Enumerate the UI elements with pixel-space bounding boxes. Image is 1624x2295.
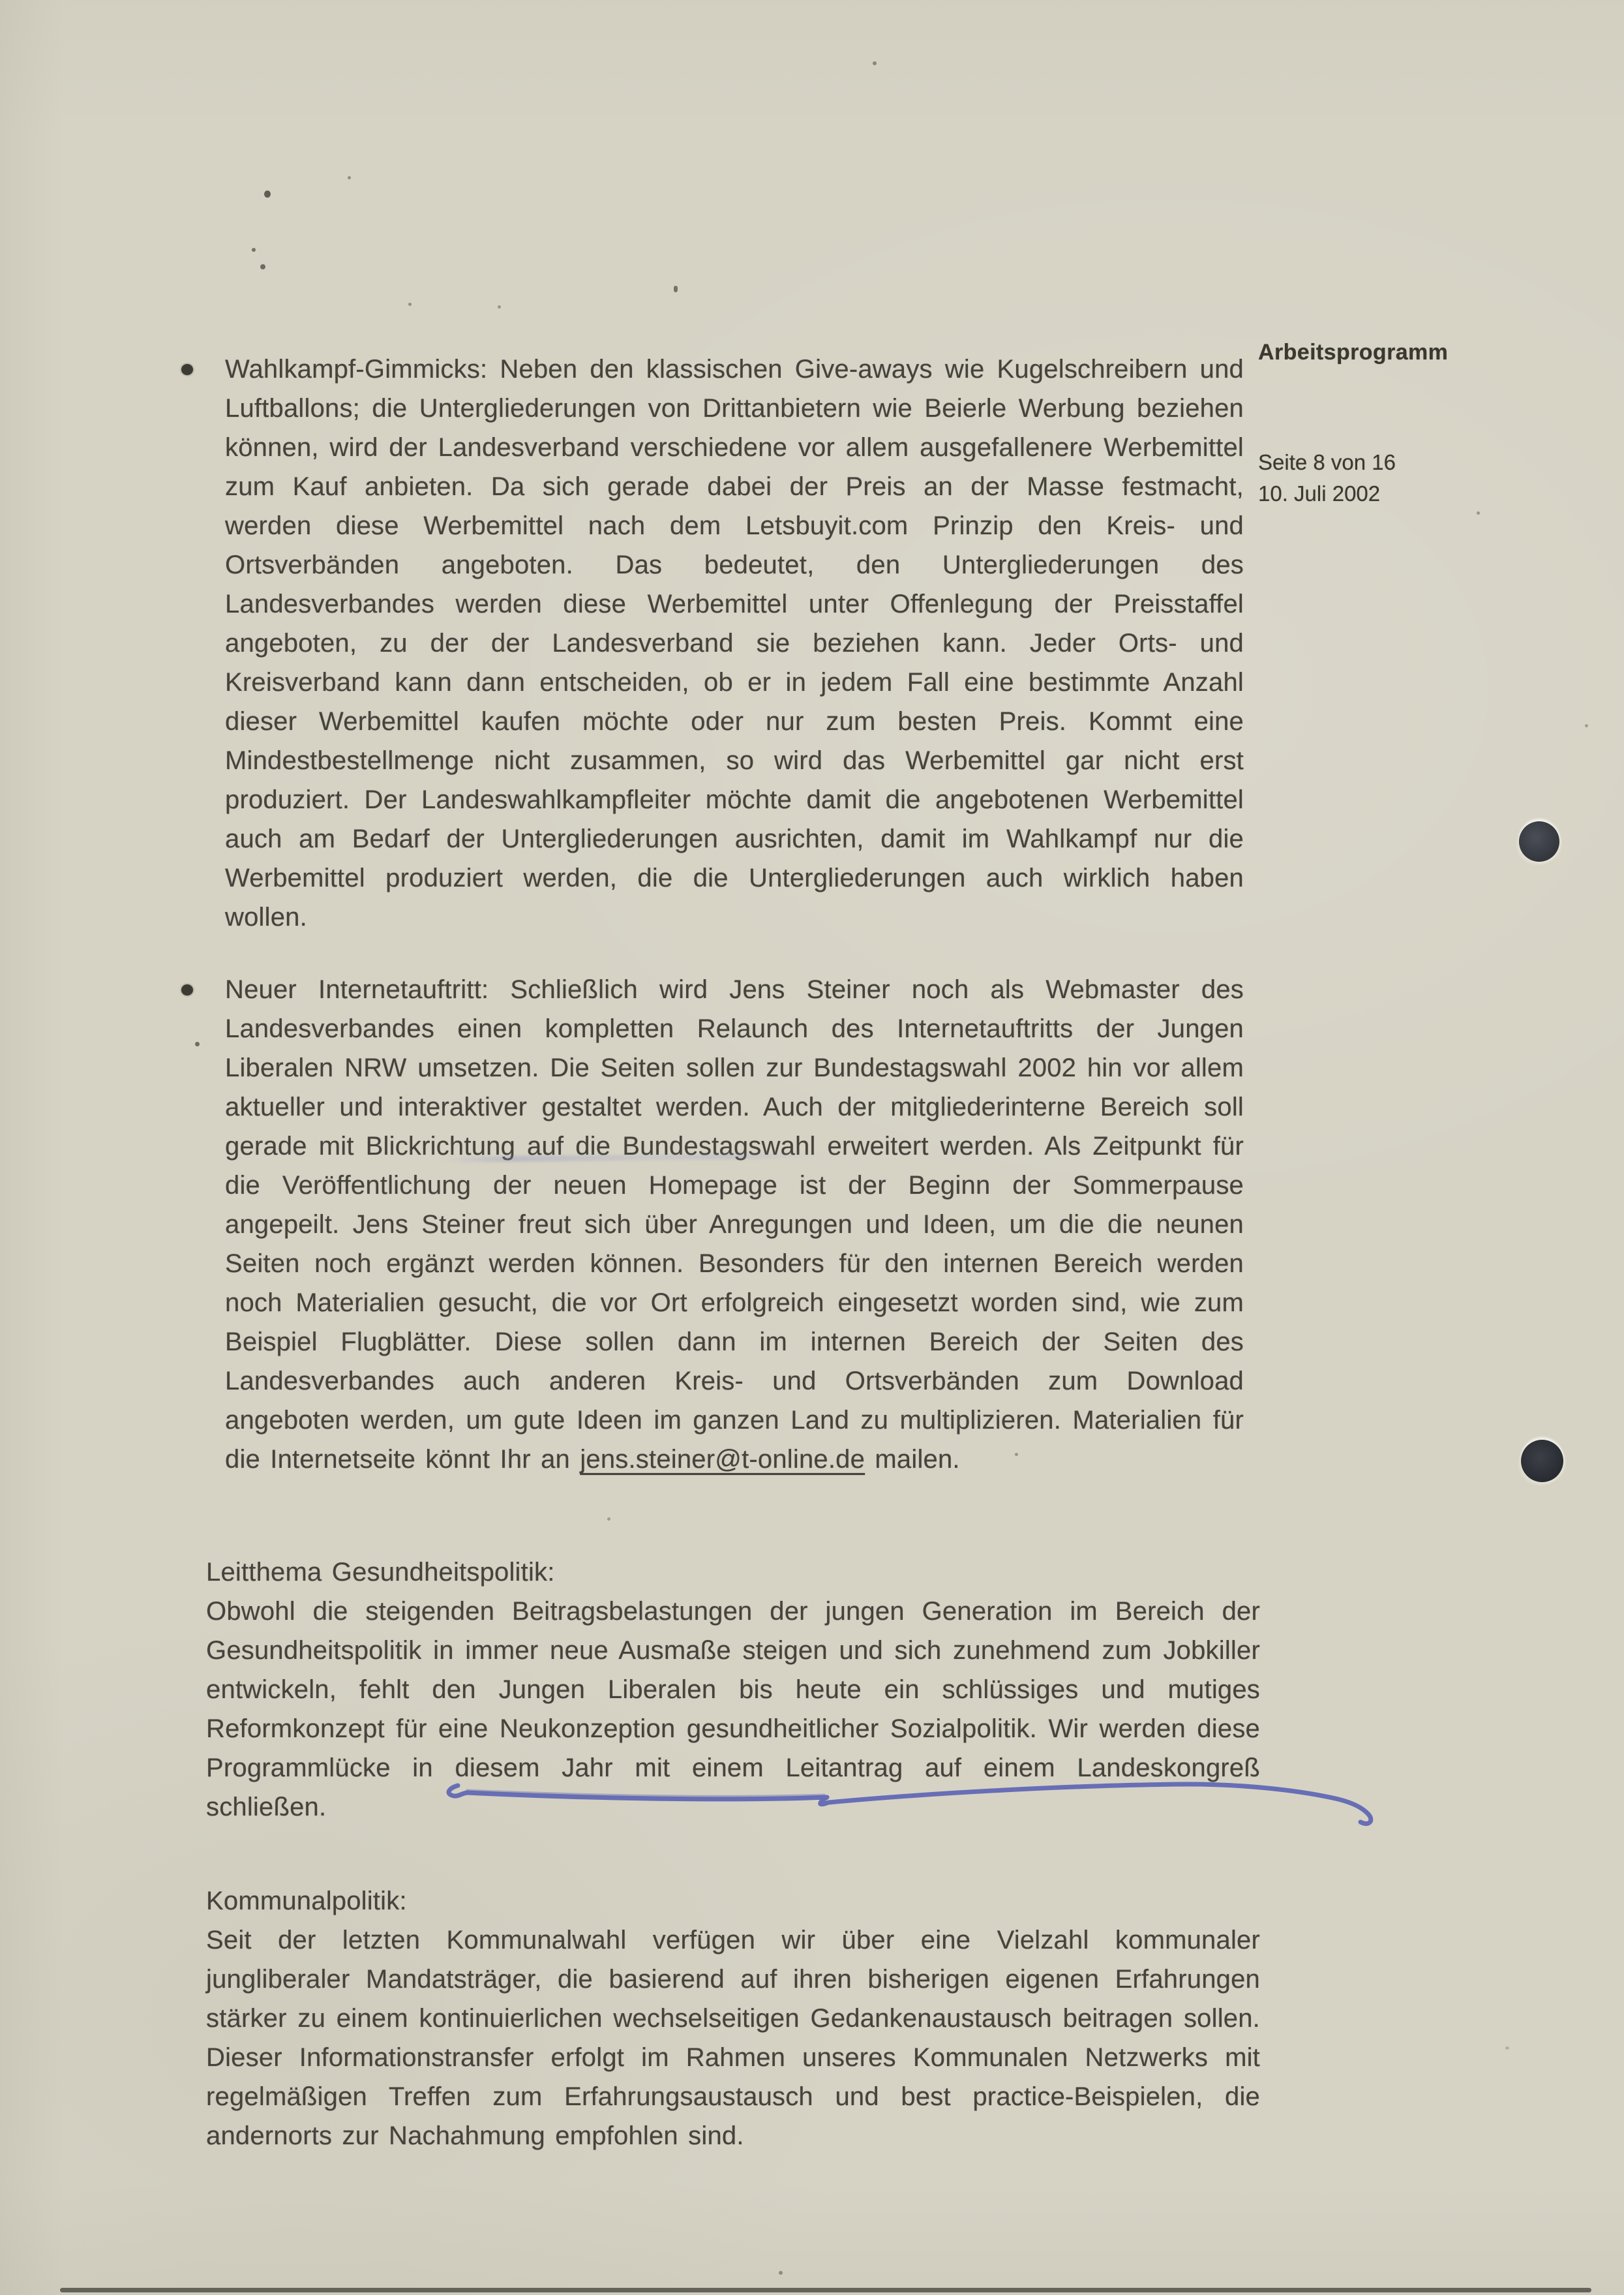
ink-speck (779, 2271, 783, 2275)
ink-speck (1477, 511, 1480, 515)
document-date: 10. Juli 2002 (1258, 481, 1380, 506)
ink-speck (1585, 724, 1588, 727)
paragraph-text-after-email: mailen. (865, 1445, 960, 1474)
ink-speck (264, 190, 271, 198)
ink-speck (252, 248, 256, 252)
ink-speck (260, 264, 265, 269)
email-link[interactable]: jens.steiner@t-online.de (580, 1445, 865, 1474)
scan-edge-shadow (60, 2288, 1591, 2292)
section-kommunalpolitik: Kommunalpolitik: Seit der letzten Kommun… (206, 1881, 1260, 2155)
document-title: Arbeitsprogramm (1258, 340, 1448, 365)
ink-speck (408, 303, 412, 306)
ink-speck (195, 1042, 200, 1046)
hole-punch-top (1519, 821, 1559, 862)
page-number: Seite 8 von 16 (1258, 450, 1396, 475)
paragraph-text-before-email: Neuer Internetauftritt: Schließlich wird… (225, 975, 1244, 1474)
ink-speck (348, 176, 351, 179)
ink-speck (873, 61, 877, 65)
bullet-item-internetauftritt: Neuer Internetauftritt: Schließlich wird… (225, 970, 1244, 1479)
section-gesundheitspolitik: Leitthema Gesundheitspolitik: Obwohl die… (206, 1553, 1260, 1827)
ink-speck (1505, 2046, 1509, 2050)
hole-punch-bottom (1521, 1440, 1563, 1482)
ink-speck (607, 1517, 610, 1521)
paragraph-wahlkampf-gimmicks: Wahlkampf-Gimmicks: Neben den klassische… (225, 350, 1244, 937)
paragraph-internetauftritt: Neuer Internetauftritt: Schließlich wird… (225, 970, 1244, 1479)
section-body-kommunalpolitik: Seit der letzten Kommunalwahl verfügen w… (206, 1921, 1260, 2155)
ink-speck (1015, 1453, 1018, 1456)
bullet-item-wahlkampf-gimmicks: Wahlkampf-Gimmicks: Neben den klassische… (225, 350, 1244, 937)
scanned-document-page: Arbeitsprogramm Seite 8 von 16 10. Juli … (0, 0, 1624, 2295)
section-heading-kommunalpolitik: Kommunalpolitik: (206, 1881, 1260, 1921)
bullet-icon (181, 364, 193, 375)
ink-speck (498, 305, 501, 309)
section-heading-gesundheitspolitik: Leitthema Gesundheitspolitik: (206, 1553, 1260, 1592)
bullet-icon (181, 984, 193, 996)
section-body-gesundheitspolitik: Obwohl die steigenden Beitragsbelastunge… (206, 1592, 1260, 1827)
ink-speck (674, 286, 678, 292)
